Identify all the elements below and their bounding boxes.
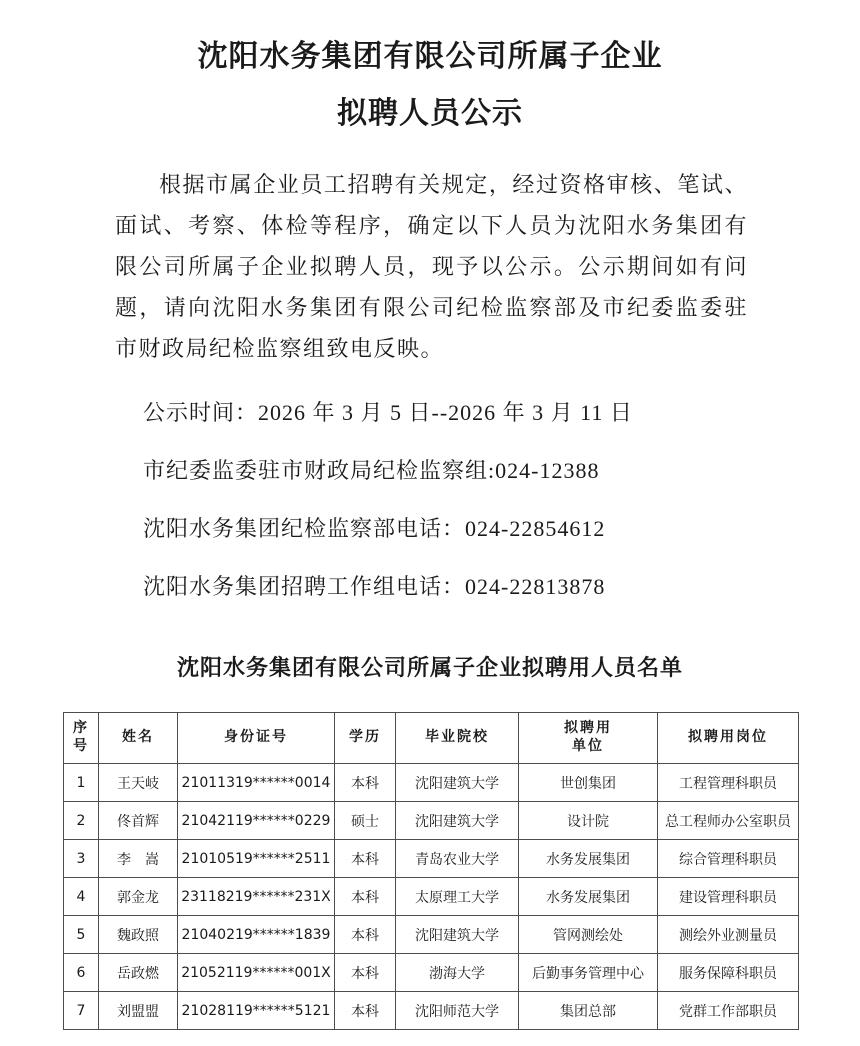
cell-id-number: 21040219******1839 xyxy=(178,916,335,954)
cell-position: 工程管理科职员 xyxy=(658,764,799,802)
cell-unit: 管网测绘处 xyxy=(519,916,658,954)
cell-name: 王天岐 xyxy=(99,764,178,802)
table-header-row: 序号 姓名 身份证号 学历 毕业院校 拟聘用 单位 拟聘用岗位 xyxy=(64,713,799,764)
notice-document: 沈阳水务集团有限公司所属子企业 拟聘人员公示 根据市属企业员工招聘有关规定，经过… xyxy=(0,0,860,1046)
cell-position: 测绘外业测量员 xyxy=(658,916,799,954)
table-row: 3 李 嵩 21010519******2511 本科 青岛农业大学 水务发展集… xyxy=(64,840,799,878)
cell-education: 本科 xyxy=(335,916,396,954)
cell-id-number: 21042119******0229 xyxy=(178,802,335,840)
table-row: 4 郭金龙 23118219******231X 本科 太原理工大学 水务发展集… xyxy=(64,878,799,916)
cell-education: 本科 xyxy=(335,764,396,802)
cell-name: 郭金龙 xyxy=(99,878,178,916)
cell-education: 硕士 xyxy=(335,802,396,840)
cell-education: 本科 xyxy=(335,954,396,992)
cell-id-number: 21052119******001X xyxy=(178,954,335,992)
table-row: 1 王天岐 21011319******0014 本科 沈阳建筑大学 世创集团 … xyxy=(64,764,799,802)
proposed-hires-table: 序号 姓名 身份证号 学历 毕业院校 拟聘用 单位 拟聘用岗位 1 王天岐 21… xyxy=(63,712,799,1030)
cell-education: 本科 xyxy=(335,992,396,1030)
cell-serial: 1 xyxy=(64,764,99,802)
cell-serial: 7 xyxy=(64,992,99,1030)
cell-id-number: 21011319******0014 xyxy=(178,764,335,802)
cell-unit: 水务发展集团 xyxy=(519,840,658,878)
cell-school: 沈阳师范大学 xyxy=(396,992,519,1030)
cell-serial: 4 xyxy=(64,878,99,916)
header-graduated-school: 毕业院校 xyxy=(396,713,519,764)
cell-serial: 5 xyxy=(64,916,99,954)
header-proposed-unit: 拟聘用 单位 xyxy=(519,713,658,764)
cell-unit: 后勤事务管理中心 xyxy=(519,954,658,992)
cell-id-number: 21010519******2511 xyxy=(178,840,335,878)
cell-position: 服务保障科职员 xyxy=(658,954,799,992)
table-row: 6 岳政燃 21052119******001X 本科 渤海大学 后勤事务管理中… xyxy=(64,954,799,992)
header-education: 学历 xyxy=(335,713,396,764)
cell-unit: 设计院 xyxy=(519,802,658,840)
cell-name: 佟首辉 xyxy=(99,802,178,840)
cell-name: 魏政照 xyxy=(99,916,178,954)
cell-education: 本科 xyxy=(335,878,396,916)
header-proposed-position: 拟聘用岗位 xyxy=(658,713,799,764)
publicity-period-line: 公示时间：2026 年 3 月 5 日--2026 年 3 月 11 日 xyxy=(143,401,760,425)
cell-position: 总工程师办公室职员 xyxy=(658,802,799,840)
header-serial-number: 序号 xyxy=(64,713,99,764)
cell-position: 综合管理科职员 xyxy=(658,840,799,878)
cell-position: 建设管理科职员 xyxy=(658,878,799,916)
document-title-line1: 沈阳水务集团有限公司所属子企业 xyxy=(0,40,860,73)
roster-table-title: 沈阳水务集团有限公司所属子企业拟聘用人员名单 xyxy=(0,651,860,682)
cell-id-number: 23118219******231X xyxy=(178,878,335,916)
contact-recruitment-team-line: 沈阳水务集团招聘工作组电话：024-22813878 xyxy=(143,575,760,599)
cell-school: 沈阳建筑大学 xyxy=(396,764,519,802)
header-id-number: 身份证号 xyxy=(178,713,335,764)
cell-unit: 水务发展集团 xyxy=(519,878,658,916)
cell-school: 渤海大学 xyxy=(396,954,519,992)
header-name: 姓名 xyxy=(99,713,178,764)
contact-supervision-dept-line: 沈阳水务集团纪检监察部电话：024-22854612 xyxy=(143,517,760,541)
cell-education: 本科 xyxy=(335,840,396,878)
notice-paragraph: 根据市属企业员工招聘有关规定，经过资格审核、笔试、面试、考察、体检等程序，确定以… xyxy=(115,164,748,369)
cell-serial: 6 xyxy=(64,954,99,992)
cell-serial: 3 xyxy=(64,840,99,878)
cell-school: 青岛农业大学 xyxy=(396,840,519,878)
cell-position: 党群工作部职员 xyxy=(658,992,799,1030)
table-row: 5 魏政照 21040219******1839 本科 沈阳建筑大学 管网测绘处… xyxy=(64,916,799,954)
cell-unit: 世创集团 xyxy=(519,764,658,802)
cell-name: 李 嵩 xyxy=(99,840,178,878)
cell-id-number: 21028119******5121 xyxy=(178,992,335,1030)
cell-unit: 集团总部 xyxy=(519,992,658,1030)
cell-school: 沈阳建筑大学 xyxy=(396,916,519,954)
cell-school: 太原理工大学 xyxy=(396,878,519,916)
contact-discipline-group-line: 市纪委监委驻市财政局纪检监察组:024-12388 xyxy=(143,459,760,483)
cell-school: 沈阳建筑大学 xyxy=(396,802,519,840)
table-row: 2 佟首辉 21042119******0229 硕士 沈阳建筑大学 设计院 总… xyxy=(64,802,799,840)
cell-serial: 2 xyxy=(64,802,99,840)
document-title-line2: 拟聘人员公示 xyxy=(0,97,860,130)
table-row: 7 刘盟盟 21028119******5121 本科 沈阳师范大学 集团总部 … xyxy=(64,992,799,1030)
cell-name: 岳政燃 xyxy=(99,954,178,992)
cell-name: 刘盟盟 xyxy=(99,992,178,1030)
